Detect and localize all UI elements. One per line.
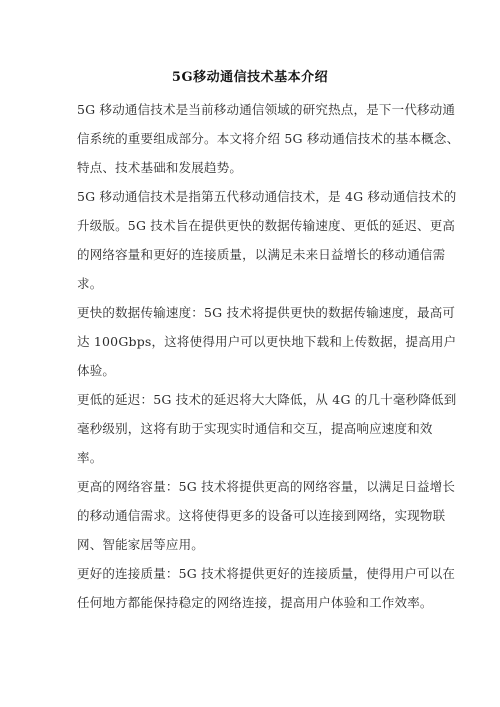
paragraph-connection: 更好的连接质量：5G 技术将提供更好的连接质量，使得用户可以在 任何地方都能保持… — [77, 559, 437, 617]
text-line: 特点、技术基础和发展趋势。 — [77, 153, 437, 182]
text-line: 求。 — [77, 269, 437, 298]
document-title: 5G移动通信技术基本介绍 — [0, 66, 500, 85]
document-page: 5G移动通信技术基本介绍 5G 移动通信技术是当前移动通信领域的研究热点，是下一… — [0, 0, 500, 707]
text-line: 更高的网络容量：5G 技术将提供更高的网络容量，以满足日益增长 — [77, 472, 437, 501]
text-line: 毫秒级别，这将有助于实现实时通信和交互，提高响应速度和效 — [77, 414, 437, 443]
paragraph-intro: 5G 移动通信技术是当前移动通信领域的研究热点，是下一代移动通 信系统的重要组成… — [77, 95, 437, 182]
text-line: 的移动通信需求。这将使得更多的设备可以连接到网络，实现物联 — [77, 501, 437, 530]
text-line: 更好的连接质量：5G 技术将提供更好的连接质量，使得用户可以在 — [77, 559, 437, 588]
text-line: 的网络容量和更好的连接质量，以满足未来日益增长的移动通信需 — [77, 240, 437, 269]
text-line: 率。 — [77, 443, 437, 472]
text-line: 更低的延迟：5G 技术的延迟将大大降低，从 4G 的几十毫秒降低到 — [77, 385, 437, 414]
text-line: 体验。 — [77, 356, 437, 385]
text-line: 5G 移动通信技术是当前移动通信领域的研究热点，是下一代移动通 — [77, 95, 437, 124]
paragraph-definition: 5G 移动通信技术是指第五代移动通信技术，是 4G 移动通信技术的 升级版。5G… — [77, 182, 437, 298]
text-line: 更快的数据传输速度：5G 技术将提供更快的数据传输速度，最高可 — [77, 298, 437, 327]
text-line: 信系统的重要组成部分。本文将介绍 5G 移动通信技术的基本概念、 — [77, 124, 437, 153]
paragraph-latency: 更低的延迟：5G 技术的延迟将大大降低，从 4G 的几十毫秒降低到 毫秒级别，这… — [77, 385, 437, 472]
text-line: 升级版。5G 技术旨在提供更快的数据传输速度、更低的延迟、更高 — [77, 211, 437, 240]
text-line: 达 100Gbps，这将使得用户可以更快地下载和上传数据，提高用户 — [77, 327, 437, 356]
text-line: 5G 移动通信技术是指第五代移动通信技术，是 4G 移动通信技术的 — [77, 182, 437, 211]
paragraph-capacity: 更高的网络容量：5G 技术将提供更高的网络容量，以满足日益增长 的移动通信需求。… — [77, 472, 437, 559]
paragraph-speed: 更快的数据传输速度：5G 技术将提供更快的数据传输速度，最高可 达 100Gbp… — [77, 298, 437, 385]
text-line: 任何地方都能保持稳定的网络连接，提高用户体验和工作效率。 — [77, 588, 437, 617]
document-body: 5G 移动通信技术是当前移动通信领域的研究热点，是下一代移动通 信系统的重要组成… — [77, 95, 437, 617]
text-line: 网、智能家居等应用。 — [77, 530, 437, 559]
